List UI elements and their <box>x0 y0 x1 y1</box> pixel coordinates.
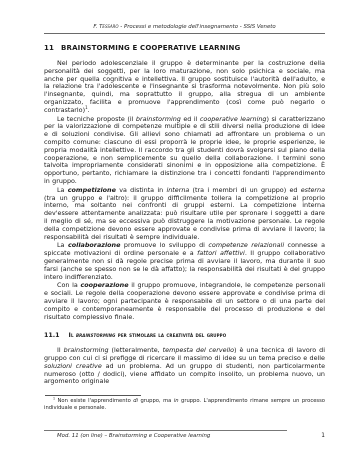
page-footer: Mod. 11 (on line) – Brainstorming e Coop… <box>44 430 325 440</box>
text-segment: esterna <box>301 186 325 194</box>
footnote: 1 Non esiste l'apprendimento di gruppo, … <box>44 398 325 411</box>
chapter-title-text: BRAINSTORMING E COOPERATIVE LEARNING <box>61 44 240 52</box>
footer-line: Mod. 11 (on line) – Brainstorming e Coop… <box>44 433 325 440</box>
section-heading: 11.1Il brainstorming per stimolare la cr… <box>44 332 325 340</box>
chapter-number: 11 <box>44 44 54 52</box>
text-segment: F. Tessaro <box>93 24 118 30</box>
text-segment: brainstorming <box>136 115 181 123</box>
section-heading-text: Il brainstorming per stimolare la creati… <box>69 332 227 339</box>
text-segment: cooperazione <box>80 281 128 289</box>
text-segment: Non esiste l'apprendimento <box>55 398 133 404</box>
running-header: F. Tessaro - Processi e metodologie dell… <box>44 24 325 34</box>
text-segment: soluzioni creative <box>44 362 102 370</box>
text-segment: Il <box>57 346 64 354</box>
text-segment: Il <box>69 332 76 339</box>
text-segment: (letteralmente, <box>109 346 163 354</box>
text-segment: promuove lo sviluppo di <box>120 241 208 249</box>
text-segment: - Processi e metodologie dell'insegnamen… <box>119 24 276 30</box>
text-segment: per stimolare la creatività del gruppo <box>116 332 227 339</box>
text-segment: tempesta del cervello <box>163 346 234 354</box>
document-page: F. Tessaro - Processi e metodologie dell… <box>0 0 360 466</box>
text-segment: Con la <box>57 281 80 289</box>
text-segment: collaborazione <box>68 241 121 249</box>
text-segment: competenze relazionali <box>208 241 284 249</box>
page-number: 1 <box>321 433 325 440</box>
section-number: 11.1 <box>44 332 60 339</box>
text-segment: (tra un gruppo e l'altro): il gruppo dif… <box>44 194 325 241</box>
paragraph-2: Le tecniche proposte (il brainstorming e… <box>44 116 325 186</box>
text-segment: competizione <box>68 186 116 194</box>
text-segment: La <box>57 241 68 249</box>
text-segment: interna <box>166 186 189 194</box>
text-segment: gruppo, ma <box>138 398 174 404</box>
footer-title: Mod. 11 (on line) – Brainstorming e Coop… <box>57 433 210 439</box>
paragraph-6: Il brainstorming (letteralmente, tempest… <box>44 347 325 386</box>
footer-rule <box>44 430 287 431</box>
text-segment: ed il <box>181 115 200 123</box>
text-segment: fattori affettivi <box>197 249 245 257</box>
text-segment: brainstorming <box>76 332 116 339</box>
chapter-title: 11BRAINSTORMING E COOPERATIVE LEARNING <box>44 44 325 53</box>
paragraph-1: Nel periodo adolescenziale il gruppo è d… <box>44 60 325 115</box>
paragraph-5: Con la cooperazione il gruppo promuove, … <box>44 282 325 321</box>
text-segment: . <box>88 106 90 114</box>
footnote-separator <box>45 395 141 396</box>
text-segment: brainstorming <box>64 346 109 354</box>
text-segment: La <box>57 186 68 194</box>
paragraph-3: La competizione va distinta in interna (… <box>44 187 325 242</box>
text-segment: Le tecniche proposte (il <box>57 115 136 123</box>
paragraph-4: La collaborazione promuove lo sviluppo d… <box>44 242 325 281</box>
text-segment: (tra i membri di un gruppo) ed <box>189 186 300 194</box>
text-segment: ) si caratterizzano per la valorizzazion… <box>44 115 325 185</box>
text-segment: cooperative learning <box>200 115 267 123</box>
page-body: Nel periodo adolescenziale il gruppo è d… <box>44 60 325 411</box>
text-segment: va distinta in <box>116 186 167 194</box>
